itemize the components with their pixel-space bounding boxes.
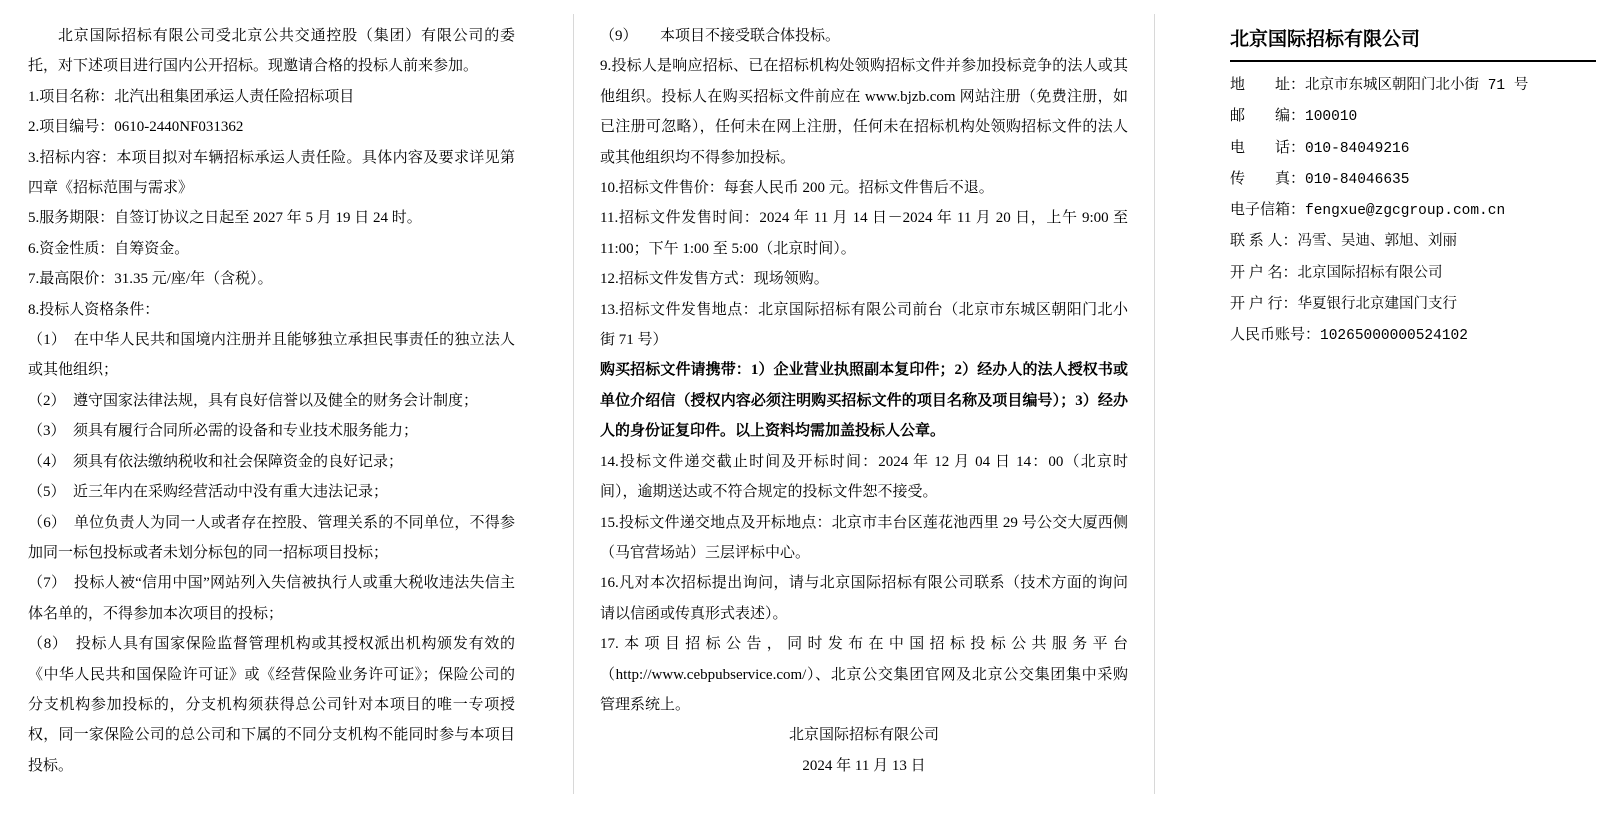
para-16-inquiry: 16.凡对本次招标提出询问，请与北京国际招标有限公司联系（技术方面的询问请以信函… [600,568,1128,629]
para-purchase-checklist: 购买招标文件请携带：1）企业营业执照副本复印件；2）经办人的法人授权书或单位介绍… [600,355,1128,446]
contact-row-contact-persons: 联 系 人：冯雪、吴迪、郭旭、刘丽 [1230,226,1596,257]
para-qualification-7: （7） 投标人被“信用中国”网站列入失信被执行人或重大税收违法失信主体名单的，不… [28,568,515,629]
contact-value: 010-84049216 [1305,141,1409,157]
contact-row-address: 地 址：北京市东城区朝阳门北小街 71 号 [1230,70,1596,101]
tender-announcement-document: 北京国际招标有限公司受北京公共交通控股（集团）有限公司的委托，对下述项目进行国内… [0,0,1621,822]
para-qualification-8: （8） 投标人具有国家保险监督管理机构或其授权派出机构颁发有效的《中华人民共和国… [28,629,515,781]
contact-row-rmb-account: 人民币账号：10265000000524102 [1230,320,1596,351]
contact-row-account-name: 开 户 名：北京国际招标有限公司 [1230,258,1596,289]
contact-value: 北京国际招标有限公司 [1298,266,1443,282]
contact-label: 邮 编： [1230,108,1305,124]
contact-label: 传 真： [1230,171,1305,187]
para-10-document-price: 10.招标文件售价：每套人民币 200 元。招标文件售后不退。 [600,173,1128,203]
para-13-sale-location: 13.招标文件发售地点：北京国际招标有限公司前台（北京市东城区朝阳门北小街 71… [600,295,1128,356]
contact-label: 联 系 人： [1230,233,1298,249]
para-qualification-1: （1） 在中华人民共和国境内注册并且能够独立承担民事责任的独立法人或其他组织； [28,325,515,386]
para-17-publish-platforms: 17.本项目招标公告，同时发布在中国招标投标公共服务平台（http://www.… [600,629,1128,720]
contact-label: 人民币账号： [1230,327,1320,343]
para-15-submission-location: 15.投标文件递交地点及开标地点：北京市丰台区莲花池西里 29 号公交大厦西侧（… [600,508,1128,569]
para-qualification-6: （6） 单位负责人为同一人或者存在控股、管理关系的不同单位，不得参加同一标包投标… [28,508,515,569]
column-right-contact-card: 北京国际招标有限公司 地 址：北京市东城区朝阳门北小街 71 号 邮 编：100… [1230,27,1596,352]
signature-company: 北京国际招标有限公司 [600,720,1128,750]
para-3-tender-content: 3.招标内容：本项目拟对车辆招标承运人责任险。具体内容及要求详见第四章《招标范围… [28,143,515,204]
para-14-submission-deadline: 14.投标文件递交截止时间及开标时间：2024 年 12 月 04 日 14：0… [600,447,1128,508]
para-qualification-9: （9） 本项目不接受联合体投标。 [600,21,1128,51]
contact-value: 100010 [1305,109,1357,125]
contact-label: 电 话： [1230,140,1305,156]
para-2-project-number: 2.项目编号：0610-2440NF031362 [28,112,515,142]
contact-label: 地 址： [1230,77,1305,93]
contact-label: 电子信箱： [1230,202,1305,218]
contact-card-title: 北京国际招标有限公司 [1230,27,1596,62]
contact-row-phone: 电 话：010-84049216 [1230,133,1596,164]
para-qualification-3: （3） 须具有履行合同所必需的设备和专业技术服务能力； [28,416,515,446]
para-intro: 北京国际招标有限公司受北京公共交通控股（集团）有限公司的委托，对下述项目进行国内… [28,21,515,82]
contact-value: 北京市东城区朝阳门北小街 71 号 [1305,78,1528,94]
contact-value: fengxue@zgcgroup.com.cn [1305,203,1505,219]
contact-row-email: 电子信箱：fengxue@zgcgroup.com.cn [1230,195,1596,226]
contact-value: 冯雪、吴迪、郭旭、刘丽 [1298,234,1458,250]
para-11-sale-time: 11.招标文件发售时间：2024 年 11 月 14 日－2024 年 11 月… [600,203,1128,264]
column-divider-right [1154,14,1155,794]
contact-value: 华夏银行北京建国门支行 [1298,297,1458,313]
contact-row-fax: 传 真：010-84046635 [1230,164,1596,195]
contact-value: 10265000000524102 [1320,328,1468,344]
contact-row-bank: 开 户 行：华夏银行北京建国门支行 [1230,289,1596,320]
para-12-sale-method: 12.招标文件发售方式：现场领购。 [600,264,1128,294]
para-qualification-4: （4） 须具有依法缴纳税收和社会保障资金的良好记录； [28,447,515,477]
para-5-service-period: 5.服务期限：自签订协议之日起至 2027 年 5 月 19 日 24 时。 [28,203,515,233]
contact-row-postcode: 邮 编：100010 [1230,101,1596,132]
para-9-bidder-definition: 9.投标人是响应招标、已在招标机构处领购招标文件并参加投标竞争的法人或其他组织。… [600,51,1128,173]
para-qualification-2: （2） 遵守国家法律法规，具有良好信誉以及健全的财务会计制度； [28,386,515,416]
para-qualification-5: （5） 近三年内在采购经营活动中没有重大违法记录； [28,477,515,507]
contact-label: 开 户 名： [1230,265,1298,281]
contact-label: 开 户 行： [1230,296,1298,312]
signature-date: 2024 年 11 月 13 日 [600,751,1128,781]
para-7-max-price: 7.最高限价：31.35 元/座/年（含税）。 [28,264,515,294]
column-divider-left [573,14,574,794]
contact-value: 010-84046635 [1305,172,1409,188]
para-1-project-name: 1.项目名称：北汽出租集团承运人责任险招标项目 [28,82,515,112]
para-6-fund-nature: 6.资金性质：自筹资金。 [28,234,515,264]
column-left: 北京国际招标有限公司受北京公共交通控股（集团）有限公司的委托，对下述项目进行国内… [28,21,515,781]
para-8-qualifications-title: 8.投标人资格条件： [28,295,515,325]
column-middle: （9） 本项目不接受联合体投标。 9.投标人是响应招标、已在招标机构处领购招标文… [600,21,1128,781]
